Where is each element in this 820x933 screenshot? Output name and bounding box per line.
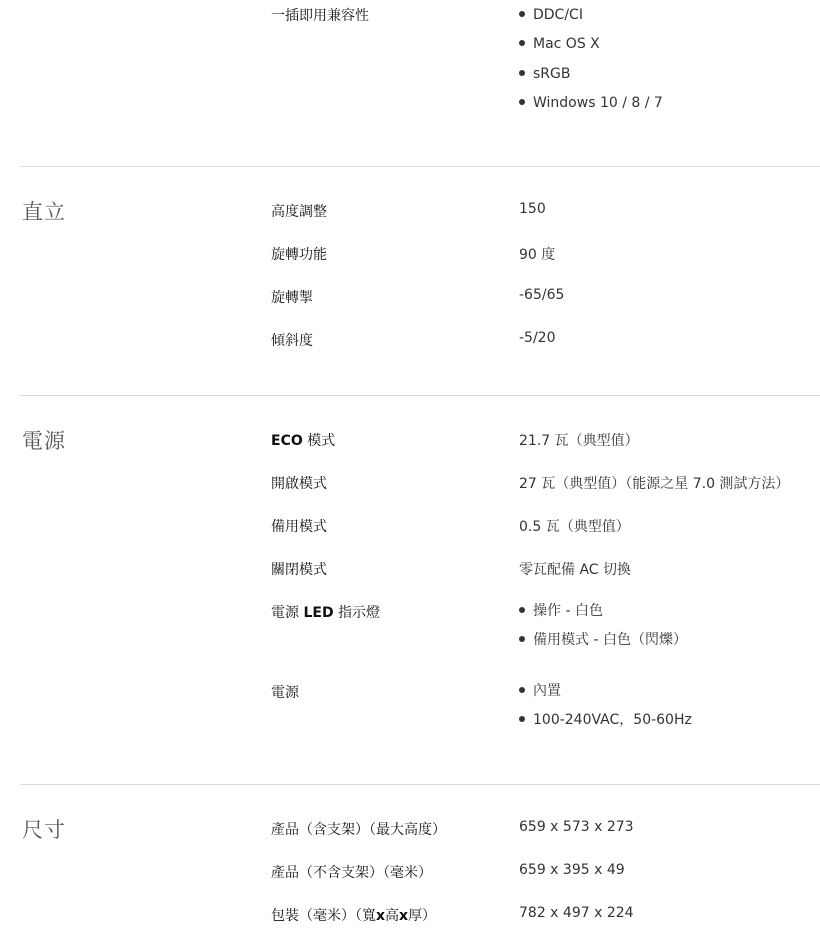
bullet-icon <box>519 11 525 17</box>
spec-value: -65/65 <box>519 287 564 303</box>
section-title: 直立 <box>22 196 66 226</box>
bullet-icon <box>519 687 525 693</box>
spec-label: 高度調整 <box>271 201 327 221</box>
list-item: Windows 10 / 8 / 7 <box>519 94 663 123</box>
spec-label: 關閉模式 <box>271 559 327 579</box>
spec-value-list: 內置 100-240VAC，50-60Hz <box>519 682 692 741</box>
spec-value-list: 操作 - 白色 備用模式 - 白色（閃爍） <box>519 602 687 661</box>
spec-label: 電源 <box>271 682 299 702</box>
bullet-icon <box>519 716 525 722</box>
section-title: 尺寸 <box>22 814 66 844</box>
spec-label: 產品（含支架）（最大高度） <box>271 819 446 839</box>
spec-label: 旋轉掣 <box>271 287 313 307</box>
spec-label: 傾斜度 <box>271 330 313 350</box>
list-item: sRGB <box>519 65 663 94</box>
bullet-icon <box>519 70 525 76</box>
spec-value: 90 度 <box>519 244 555 264</box>
list-item: Mac OS X <box>519 35 663 64</box>
spec-label: 包裝（毫米）（寬x高x厚） <box>271 905 436 925</box>
spec-label: ECO 模式 <box>271 430 335 450</box>
spec-value: 150 <box>519 201 546 217</box>
list-item: 備用模式 - 白色（閃爍） <box>519 631 687 660</box>
section-divider <box>20 395 820 396</box>
spec-value: 0.5 瓦（典型值） <box>519 516 630 536</box>
section-divider <box>20 166 820 167</box>
bullet-icon <box>519 99 525 105</box>
spec-value: 零瓦配備 AC 切換 <box>519 559 631 579</box>
spec-label: 一插即用兼容性 <box>271 5 369 25</box>
spec-value: 659 x 573 x 273 <box>519 819 634 835</box>
list-item: 100-240VAC，50-60Hz <box>519 711 692 740</box>
spec-value: 659 x 395 x 49 <box>519 862 625 878</box>
spec-label: 開啟模式 <box>271 473 327 493</box>
spec-value: 21.7 瓦（典型值） <box>519 430 639 450</box>
spec-label: 電源 LED 指示燈 <box>271 602 380 622</box>
section-title: 電源 <box>22 425 66 455</box>
spec-label: 備用模式 <box>271 516 327 536</box>
bullet-icon <box>519 607 525 613</box>
list-item: 操作 - 白色 <box>519 602 687 631</box>
list-item: DDC/CI <box>519 6 663 35</box>
bullet-icon <box>519 636 525 642</box>
spec-value-list: DDC/CI Mac OS X sRGB Windows 10 / 8 / 7 <box>519 6 663 123</box>
list-item: 內置 <box>519 682 692 711</box>
spec-label: 旋轉功能 <box>271 244 327 264</box>
spec-value: 782 x 497 x 224 <box>519 905 634 921</box>
bullet-icon <box>519 40 525 46</box>
spec-value: 27 瓦（典型值）（能源之星 7.0 測試方法） <box>519 473 789 493</box>
spec-label: 產品（不含支架）（毫米） <box>271 862 432 882</box>
section-divider <box>20 784 820 785</box>
spec-value: -5/20 <box>519 330 556 346</box>
